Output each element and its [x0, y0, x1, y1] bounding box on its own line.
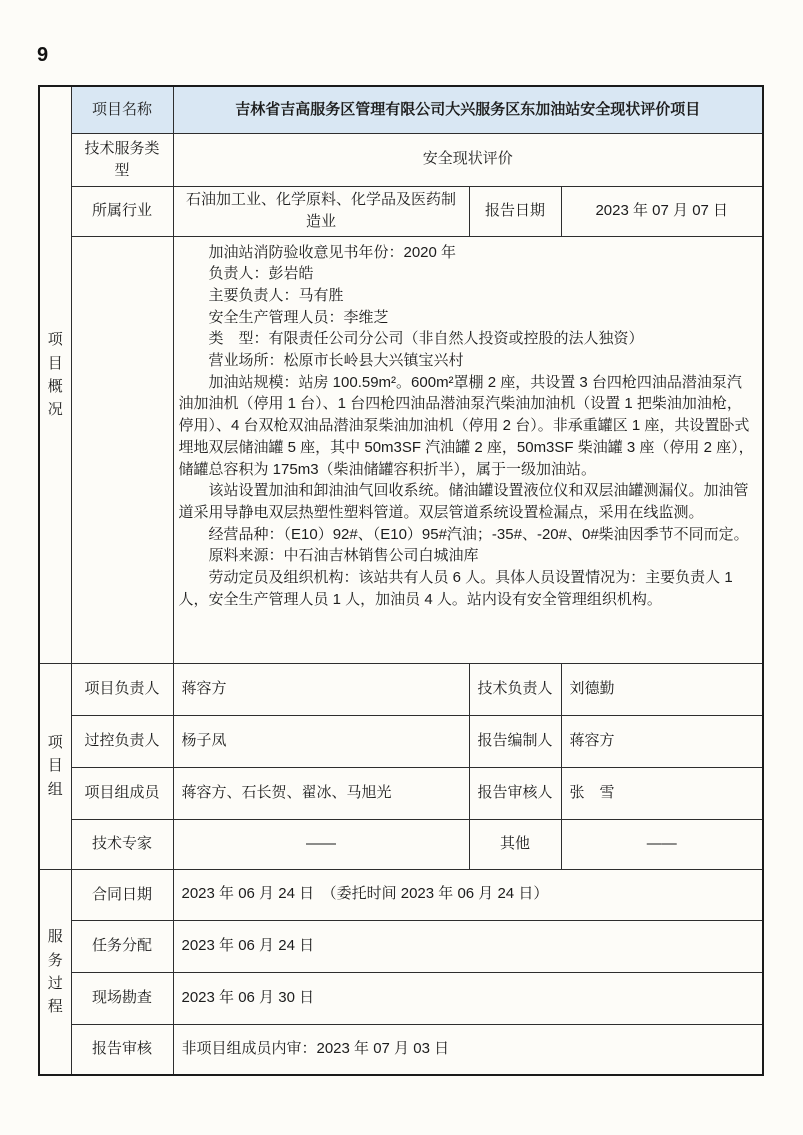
- process-side-label: 服务过程: [47, 925, 64, 1018]
- overview-paragraph: 主要负责人：马有胜: [179, 285, 757, 307]
- project-name-label: 项目名称: [71, 86, 173, 133]
- process-control-leader-value: 杨子凤: [173, 715, 469, 767]
- project-leader-label: 项目负责人: [71, 663, 173, 715]
- overview-side-label: 项目概况: [47, 328, 64, 421]
- task-assignment-label: 任务分配: [71, 920, 173, 972]
- process-side-cell: 服务过程: [39, 869, 71, 1075]
- industry-value: 石油加工业、化学原料、化学品及医药制造业: [173, 186, 469, 236]
- page-number: 9: [37, 44, 48, 67]
- service-type-value: 安全现状评价: [173, 133, 763, 186]
- document-page: 9 项目概况 项目名称 吉林省吉高服务区管理有限公司大兴服务区东加油站安全现状评…: [0, 0, 803, 1135]
- overview-paragraph: 该站设置加油和卸油油气回收系统。储油罐设置液位仪和双层油罐测漏仪。加油管道采用导…: [179, 480, 757, 523]
- overview-paragraph: 加油站消防验收意见书年份：2020 年: [179, 242, 757, 264]
- report-review-value: 非项目组成员内审：2023 年 07 月 03 日: [173, 1024, 763, 1075]
- overview-content: 加油站消防验收意见书年份：2020 年 负责人：彭岩皓 主要负责人：马有胜 安全…: [173, 236, 763, 663]
- tech-expert-value: ——: [173, 819, 469, 869]
- overview-empty-label-cell: [71, 236, 173, 663]
- contract-date-value: 2023 年 06 月 24 日 （委托时间 2023 年 06 月 24 日）: [173, 869, 763, 920]
- site-survey-value: 2023 年 06 月 30 日: [173, 972, 763, 1024]
- report-date-value: 2023 年 07 月 07 日: [561, 186, 763, 236]
- report-writer-label: 报告编制人: [469, 715, 561, 767]
- service-type-label: 技术服务类型: [71, 133, 173, 186]
- task-assignment-value: 2023 年 06 月 24 日: [173, 920, 763, 972]
- other-label: 其他: [469, 819, 561, 869]
- team-members-value: 蒋容方、石长贺、翟冰、马旭光: [173, 767, 469, 819]
- tech-leader-label: 技术负责人: [469, 663, 561, 715]
- overview-side-cell: 项目概况: [39, 86, 71, 663]
- overview-paragraph: 经营品种：（E10）92#、（E10）95#汽油；-35#、-20#、0#柴油因…: [179, 524, 757, 546]
- project-leader-value: 蒋容方: [173, 663, 469, 715]
- other-value: ——: [561, 819, 763, 869]
- tech-leader-value: 刘德勤: [561, 663, 763, 715]
- overview-paragraph: 原料来源：中石油吉林销售公司白城油库: [179, 545, 757, 567]
- industry-label: 所属行业: [71, 186, 173, 236]
- overview-paragraph: 加油站规模：站房 100.59m²。600m²罩棚 2 座，共设置 3 台四枪四…: [179, 372, 757, 481]
- overview-paragraph: 类 型：有限责任公司分公司（非自然人投资或控股的法人独资）: [179, 328, 757, 350]
- report-review-label: 报告审核: [71, 1024, 173, 1075]
- report-writer-value: 蒋容方: [561, 715, 763, 767]
- contract-date-label: 合同日期: [71, 869, 173, 920]
- process-control-leader-label: 过控负责人: [71, 715, 173, 767]
- team-side-label: 项目组: [47, 731, 64, 801]
- report-date-label: 报告日期: [469, 186, 561, 236]
- overview-paragraph: 营业场所：松原市长岭县大兴镇宝兴村: [179, 350, 757, 372]
- project-name-value: 吉林省吉高服务区管理有限公司大兴服务区东加油站安全现状评价项目: [173, 86, 763, 133]
- project-info-table: 项目概况 项目名称 吉林省吉高服务区管理有限公司大兴服务区东加油站安全现状评价项…: [38, 85, 764, 1076]
- overview-paragraph: 负责人：彭岩皓: [179, 263, 757, 285]
- team-side-cell: 项目组: [39, 663, 71, 869]
- report-reviewer-label: 报告审核人: [469, 767, 561, 819]
- tech-expert-label: 技术专家: [71, 819, 173, 869]
- site-survey-label: 现场勘查: [71, 972, 173, 1024]
- team-members-label: 项目组成员: [71, 767, 173, 819]
- overview-paragraph: 劳动定员及组织机构：该站共有人员 6 人。具体人员设置情况为：主要负责人 1 人…: [179, 567, 757, 610]
- overview-paragraph: 安全生产管理人员：李维芝: [179, 307, 757, 329]
- report-reviewer-value: 张 雪: [561, 767, 763, 819]
